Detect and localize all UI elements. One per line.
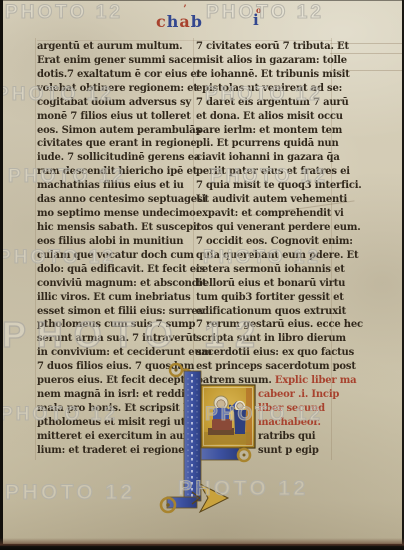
text-segment: 7 quia misit te quoq3 interfici. [196, 180, 362, 191]
text-line: bellorū eius et bonarū virtu [196, 277, 348, 291]
text-line: scripta sunt in libro dierum [196, 332, 348, 346]
text-segment: periit pater eius et fratres ei [196, 166, 350, 177]
text-line: 7 rerum gestarū eius. ecce hec [196, 318, 348, 332]
text-line: conviviū magnum: et abscondit [37, 277, 195, 291]
text-line: ros qui venerant perdere eum. [196, 221, 348, 235]
text-line: et dona. Et alios misit occu [196, 110, 348, 124]
text-line: pare ierlm: et montem tem [196, 124, 348, 138]
text-segment: 7 rerum gestarū eius. ecce hec [196, 319, 363, 330]
text-segment: epistolas ut venirent ad se: [196, 83, 342, 94]
text-segment: edificationum quos extruxit [196, 306, 346, 317]
text-line: civitates que erant in regione [37, 137, 195, 151]
text-segment: sacerdotii eius: ex quo factus [196, 347, 354, 358]
text-line: dotis.7 exaltatum ē cor eius et [37, 68, 195, 82]
photo-edge-left [0, 0, 3, 550]
text-segment: cetera sermonū iohannis et [196, 264, 345, 275]
text-line: cogitabat dolum adversus sy [37, 96, 195, 110]
text-line: 7 civitates eorū 7 tributa. Et [196, 40, 348, 54]
text-segment: pare ierlm: et montem tem [196, 125, 342, 136]
text-segment: bellorū eius et bonarū virtu [196, 278, 345, 289]
text-line: argentū et aurum multum. [37, 40, 195, 54]
text-line: hic mensis sabath. Et suscepit [37, 221, 195, 235]
text-line: cetera sermonū iohannis et [196, 263, 348, 277]
text-line: 7 daret eis argentum 7 aurū [196, 96, 348, 110]
text-line: illic viros. Et cum inebriatus [37, 291, 195, 305]
running-title-letter: b [191, 12, 203, 31]
text-line: iude. 7 sollicitudinē gerens ea [37, 151, 195, 165]
text-line: quia querebant eum pdere. Et [196, 249, 348, 263]
text-line: culam que vocatur doch cum [37, 249, 195, 263]
text-segment: Ut audivit autem vehementi [196, 194, 347, 205]
text-line: serunt arma sua. 7 intraverūt [37, 332, 195, 346]
text-line: pli. Et pcurrens quidā nun [196, 137, 348, 151]
text-line: re iohannē. Et tribunis misit [196, 68, 348, 82]
running-title-letter: h [167, 12, 180, 31]
text-line: eos filius alobi in munitiun [37, 235, 195, 249]
running-title-flourish: ʼ [183, 4, 186, 15]
text-line: das anno centesimo septuagesi [37, 193, 195, 207]
text-line: mo septimo mense undecimo: [37, 207, 195, 221]
text-line: edificationum quos extruxit [196, 305, 348, 319]
text-segment: ciavit iohanni in gazara q̄a [196, 152, 340, 163]
manuscript-page-photo: chab ʼ io argentū et aurum multum.Erat … [0, 0, 404, 550]
text-segment: tum quib3 fortiter gessit et [196, 292, 344, 303]
illuminated-initial-F [158, 358, 290, 520]
text-segment: ros qui venerant perdere eum. [196, 222, 361, 233]
ruling-line [35, 38, 36, 460]
text-line: 7 occidit eos. Cognovit enim: [196, 235, 348, 249]
text-line: rum descendit hiericho ipē et [37, 165, 195, 179]
text-line: machathias filius eius et iu [37, 179, 195, 193]
running-title-letter: c [156, 12, 167, 31]
text-segment: et dona. Et alios misit occu [196, 111, 343, 122]
running-title: chab [156, 12, 203, 31]
text-segment: 7 civitates eorū 7 tributa. Et [196, 41, 349, 52]
text-line: volebat obtinere regionem: et [37, 82, 195, 96]
text-line: eos. Simon autem perambulās [37, 124, 195, 138]
text-segment: pli. Et pcurrens quidā nun [196, 138, 339, 149]
text-line: expavit: et comprehendit vi [196, 207, 348, 221]
text-line: epistolas ut venirent ad se: [196, 82, 348, 96]
text-segment: expavit: et comprehendit vi [196, 208, 344, 219]
text-segment: 7 daret eis argentum 7 aurū [196, 97, 349, 108]
text-line: ptholomeus cum suis 7 sump [37, 318, 195, 332]
text-line: monē 7 filios eius ut tolleret [37, 110, 195, 124]
folio-marker: io [253, 11, 259, 29]
text-line: 7 quia misit te quoq3 interfici. [196, 179, 348, 193]
text-line: Ut audivit autem vehementi [196, 193, 348, 207]
text-segment: 7 occidit eos. Cognovit enim: [196, 236, 353, 247]
text-segment: re iohannē. Et tribunis misit [196, 69, 350, 80]
text-line: ciavit iohanni in gazara q̄a [196, 151, 348, 165]
folio-superscript: o [256, 5, 261, 15]
text-line: misit alios in gazaram: tolle [196, 54, 348, 68]
text-segment: quia querebant eum pdere. Et [196, 250, 358, 261]
text-line: tum quib3 fortiter gessit et [196, 291, 348, 305]
text-line: dolo: quā edificavit. Et fecit eis [37, 263, 195, 277]
text-segment: scripta sunt in libro dierum [196, 333, 346, 344]
text-line: Erat enim gener summi sacer [37, 54, 195, 68]
photo-edge-top [0, 0, 404, 1]
text-line: esset simon et filii eius: surrex [37, 305, 195, 319]
photo-edge-bottom [0, 538, 404, 550]
text-segment: misit alios in gazaram: tolle [196, 55, 347, 66]
text-line: periit pater eius et fratres ei [196, 165, 348, 179]
